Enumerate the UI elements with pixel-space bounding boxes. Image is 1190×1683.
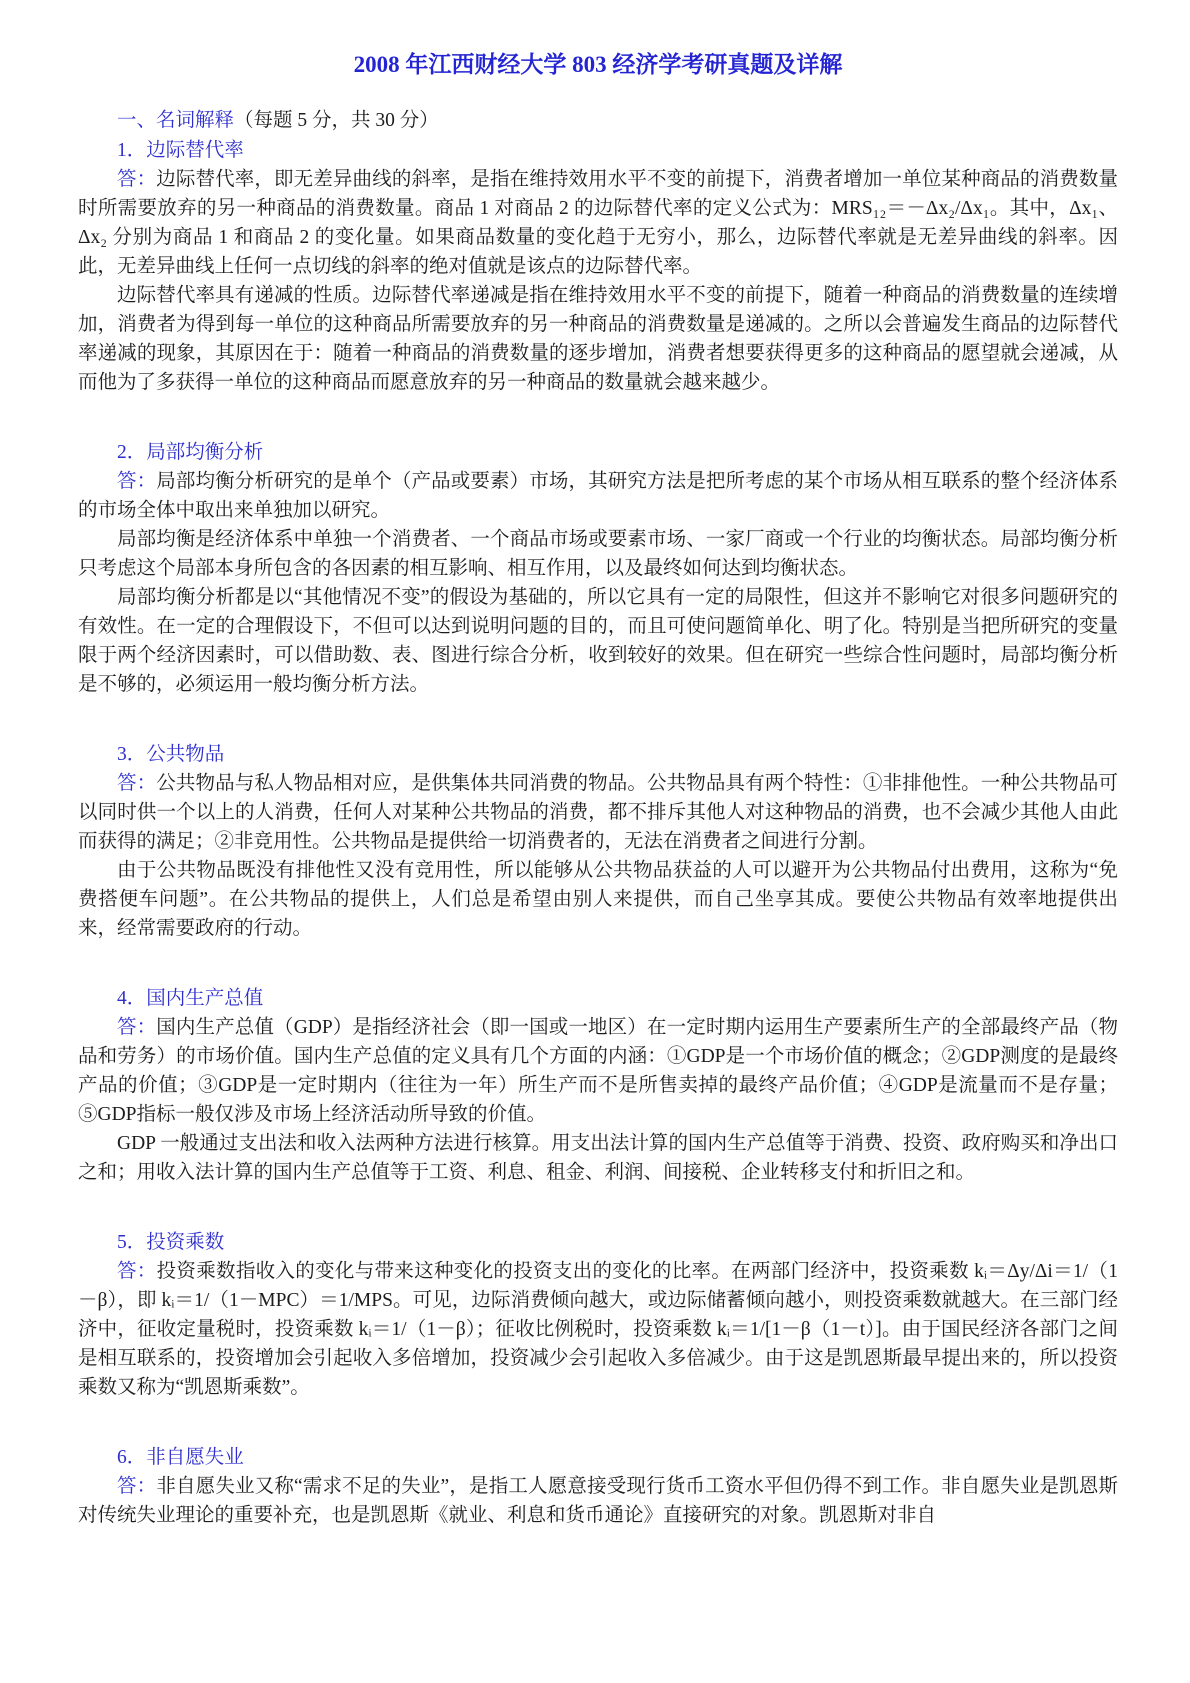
question-title: 5．投资乘数 bbox=[78, 1228, 1118, 1257]
body-paragraph: 局部均衡分析都是以“其他情况不变”的假设为基础的，所以它具有一定的局限性，但这并… bbox=[78, 583, 1118, 699]
body-paragraph: 边际替代率具有递减的性质。边际替代率递减是指在维持效用水平不变的前提下，随着一种… bbox=[78, 281, 1118, 397]
answer-paragraph: 答：国内生产总值（GDP）是指经济社会（即一国或一地区）在一定时期内运用生产要素… bbox=[78, 1013, 1118, 1129]
answer-paragraph: 答：非自愿失业又称“需求不足的失业”，是指工人愿意接受现行货币工资水平但仍得不到… bbox=[78, 1472, 1118, 1530]
body-paragraph: GDP 一般通过支出法和收入法两种方法进行核算。用支出法计算的国内生产总值等于消… bbox=[78, 1129, 1118, 1187]
answer-text: 投资乘数指收入的变化与带来这种变化的投资支出的变化的比率。在两部门经济中，投资乘… bbox=[78, 1261, 1118, 1398]
section-label: 一、名词解释 bbox=[117, 110, 234, 131]
question-title: 2．局部均衡分析 bbox=[78, 438, 1118, 467]
answer-text: 边际替代率，即无差异曲线的斜率，是指在维持效用水平不变的前提下，消费者增加一单位… bbox=[78, 169, 1118, 277]
answer-label: 答： bbox=[117, 471, 156, 492]
answer-paragraph: 答：边际替代率，即无差异曲线的斜率，是指在维持效用水平不变的前提下，消费者增加一… bbox=[78, 165, 1118, 281]
question-item-1: 1．边际替代率 答：边际替代率，即无差异曲线的斜率，是指在维持效用水平不变的前提… bbox=[78, 136, 1118, 397]
answer-paragraph: 答：投资乘数指收入的变化与带来这种变化的投资支出的变化的比率。在两部门经济中，投… bbox=[78, 1257, 1118, 1402]
answer-paragraph: 答：局部均衡分析研究的是单个（产品或要素）市场，其研究方法是把所考虑的某个市场从… bbox=[78, 467, 1118, 525]
answer-label: 答： bbox=[117, 1476, 156, 1497]
question-item-5: 5．投资乘数 答：投资乘数指收入的变化与带来这种变化的投资支出的变化的比率。在两… bbox=[78, 1228, 1118, 1402]
answer-paragraph: 答：公共物品与私人物品相对应，是供集体共同消费的物品。公共物品具有两个特性：①非… bbox=[78, 769, 1118, 856]
document-title: 2008 年江西财经大学 803 经济学考研真题及详解 bbox=[78, 50, 1118, 80]
answer-text: 局部均衡分析研究的是单个（产品或要素）市场，其研究方法是把所考虑的某个市场从相互… bbox=[78, 471, 1118, 521]
answer-label: 答： bbox=[117, 169, 156, 190]
answer-label: 答： bbox=[117, 1261, 157, 1282]
answer-text: 公共物品与私人物品相对应，是供集体共同消费的物品。公共物品具有两个特性：①非排他… bbox=[78, 773, 1118, 852]
section-heading: 一、名词解释（每题 5 分，共 30 分） bbox=[78, 106, 1118, 135]
body-paragraph: 由于公共物品既没有排他性又没有竞用性，所以能够从公共物品获益的人可以避开为公共物… bbox=[78, 856, 1118, 943]
answer-label: 答： bbox=[117, 1017, 156, 1038]
question-item-2: 2．局部均衡分析 答：局部均衡分析研究的是单个（产品或要素）市场，其研究方法是把… bbox=[78, 438, 1118, 699]
question-title: 3．公共物品 bbox=[78, 740, 1118, 769]
body-paragraph: 局部均衡是经济体系中单独一个消费者、一个商品市场或要素市场、一家厂商或一个行业的… bbox=[78, 525, 1118, 583]
question-title: 1．边际替代率 bbox=[78, 136, 1118, 165]
question-item-6: 6．非自愿失业 答：非自愿失业又称“需求不足的失业”，是指工人愿意接受现行货币工… bbox=[78, 1443, 1118, 1530]
question-item-4: 4．国内生产总值 答：国内生产总值（GDP）是指经济社会（即一国或一地区）在一定… bbox=[78, 984, 1118, 1187]
question-item-3: 3．公共物品 答：公共物品与私人物品相对应，是供集体共同消费的物品。公共物品具有… bbox=[78, 740, 1118, 943]
answer-label: 答： bbox=[117, 773, 156, 794]
question-title: 4．国内生产总值 bbox=[78, 984, 1118, 1013]
answer-text: 国内生产总值（GDP）是指经济社会（即一国或一地区）在一定时期内运用生产要素所生… bbox=[78, 1017, 1118, 1125]
answer-text: 非自愿失业又称“需求不足的失业”，是指工人愿意接受现行货币工资水平但仍得不到工作… bbox=[78, 1476, 1118, 1526]
question-title: 6．非自愿失业 bbox=[78, 1443, 1118, 1472]
document-page: 2008 年江西财经大学 803 经济学考研真题及详解 一、名词解释（每题 5 … bbox=[0, 0, 1190, 1683]
section-note: （每题 5 分，共 30 分） bbox=[234, 110, 439, 131]
